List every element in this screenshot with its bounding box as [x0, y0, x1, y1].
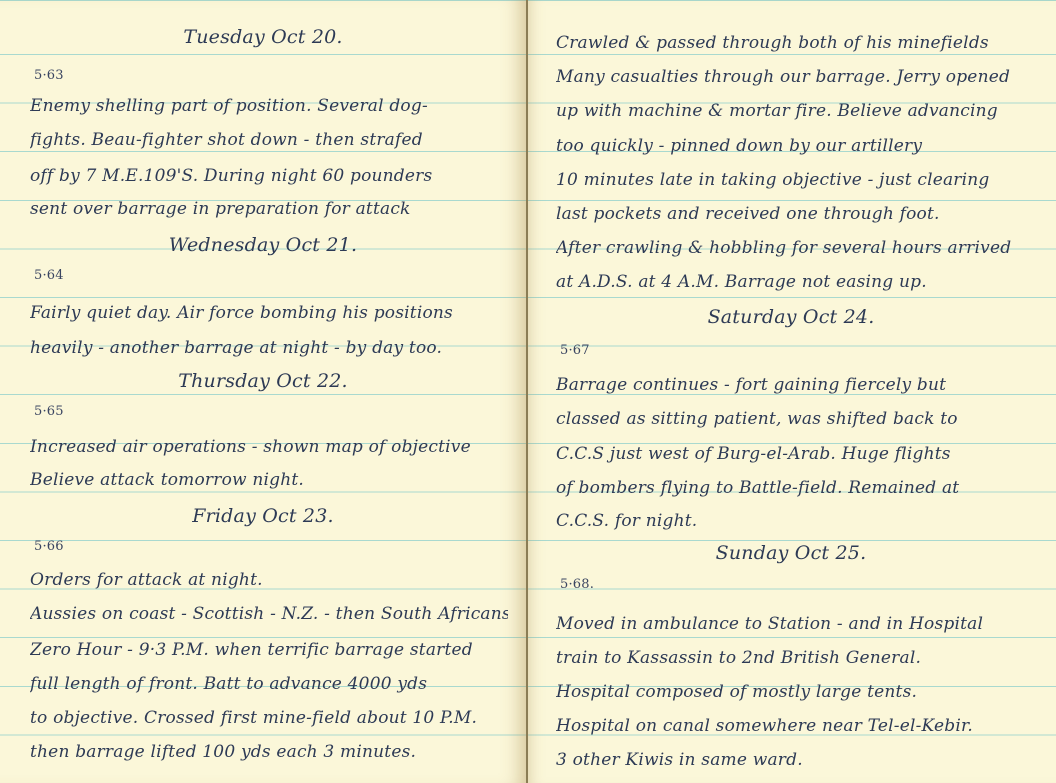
- diary-line: heavily - another barrage at night - by …: [30, 338, 508, 358]
- diary-line: full length of front. Batt to advance 40…: [30, 674, 508, 694]
- diary-line: Believe attack tomorrow night.: [30, 470, 508, 490]
- diary-line: at A.D.S. at 4 A.M. Barrage not easing u…: [556, 272, 1038, 292]
- diary-line: Hospital composed of mostly large tents.: [556, 682, 1038, 702]
- date-heading: Friday Oct 23.: [0, 505, 526, 527]
- date-heading: Thursday Oct 22.: [0, 370, 526, 392]
- entry-number: 5·67: [560, 343, 1038, 358]
- date-heading: Saturday Oct 24.: [526, 306, 1056, 328]
- diary-line: After crawling & hobbling for several ho…: [556, 238, 1038, 258]
- diary-line: train to Kassassin to 2nd British Genera…: [556, 648, 1038, 668]
- entry-number: 5·63: [34, 68, 508, 83]
- diary-line: of bombers flying to Battle-field. Remai…: [556, 478, 1038, 498]
- diary-line: Barrage continues - fort gaining fiercel…: [556, 375, 1038, 395]
- diary-line: Fairly quiet day. Air force bombing his …: [30, 303, 508, 323]
- diary-line: Orders for attack at night.: [30, 570, 508, 590]
- diary-line: Moved in ambulance to Station - and in H…: [556, 614, 1038, 634]
- left-page: Tuesday Oct 20. 5·63 Enemy shelling part…: [0, 0, 526, 783]
- date-heading: Wednesday Oct 21.: [0, 234, 526, 256]
- diary-line: 3 other Kiwis in same ward.: [556, 750, 1038, 770]
- diary-line: Hospital on canal somewhere near Tel-el-…: [556, 716, 1038, 736]
- diary-line: Zero Hour - 9·3 P.M. when terrific barra…: [30, 640, 508, 660]
- diary-line: then barrage lifted 100 yds each 3 minut…: [30, 742, 508, 762]
- diary-line: Crawled & passed through both of his min…: [556, 33, 1038, 53]
- book-spine: [526, 0, 528, 783]
- diary-line: too quickly - pinned down by our artille…: [556, 136, 1038, 156]
- diary-line: Enemy shelling part of position. Several…: [30, 96, 508, 116]
- diary-line: C.C.S. for night.: [556, 511, 1038, 531]
- right-page: Crawled & passed through both of his min…: [526, 0, 1056, 783]
- diary-line: to objective. Crossed first mine-field a…: [30, 708, 508, 728]
- diary-line: C.C.S just west of Burg-el-Arab. Huge fl…: [556, 444, 1038, 464]
- diary-spread: Tuesday Oct 20. 5·63 Enemy shelling part…: [0, 0, 1056, 783]
- diary-line: 10 minutes late in taking objective - ju…: [556, 170, 1038, 190]
- date-heading: Sunday Oct 25.: [526, 542, 1056, 564]
- diary-line: up with machine & mortar fire. Believe a…: [556, 101, 1038, 121]
- diary-line: fights. Beau-fighter shot down - then st…: [30, 130, 508, 150]
- entry-number: 5·68.: [560, 577, 1038, 592]
- entry-number: 5·65: [34, 404, 508, 419]
- diary-line: off by 7 M.E.109'S. During night 60 poun…: [30, 166, 508, 186]
- diary-line: Many casualties through our barrage. Jer…: [556, 67, 1038, 87]
- diary-line: Increased air operations - shown map of …: [30, 437, 508, 457]
- entry-number: 5·66: [34, 539, 508, 554]
- diary-line: Aussies on coast - Scottish - N.Z. - the…: [30, 604, 508, 624]
- diary-line: classed as sitting patient, was shifted …: [556, 409, 1038, 429]
- date-heading: Tuesday Oct 20.: [0, 26, 526, 48]
- diary-line: sent over barrage in preparation for att…: [30, 199, 508, 219]
- entry-number: 5·64: [34, 268, 508, 283]
- diary-line: last pockets and received one through fo…: [556, 204, 1038, 224]
